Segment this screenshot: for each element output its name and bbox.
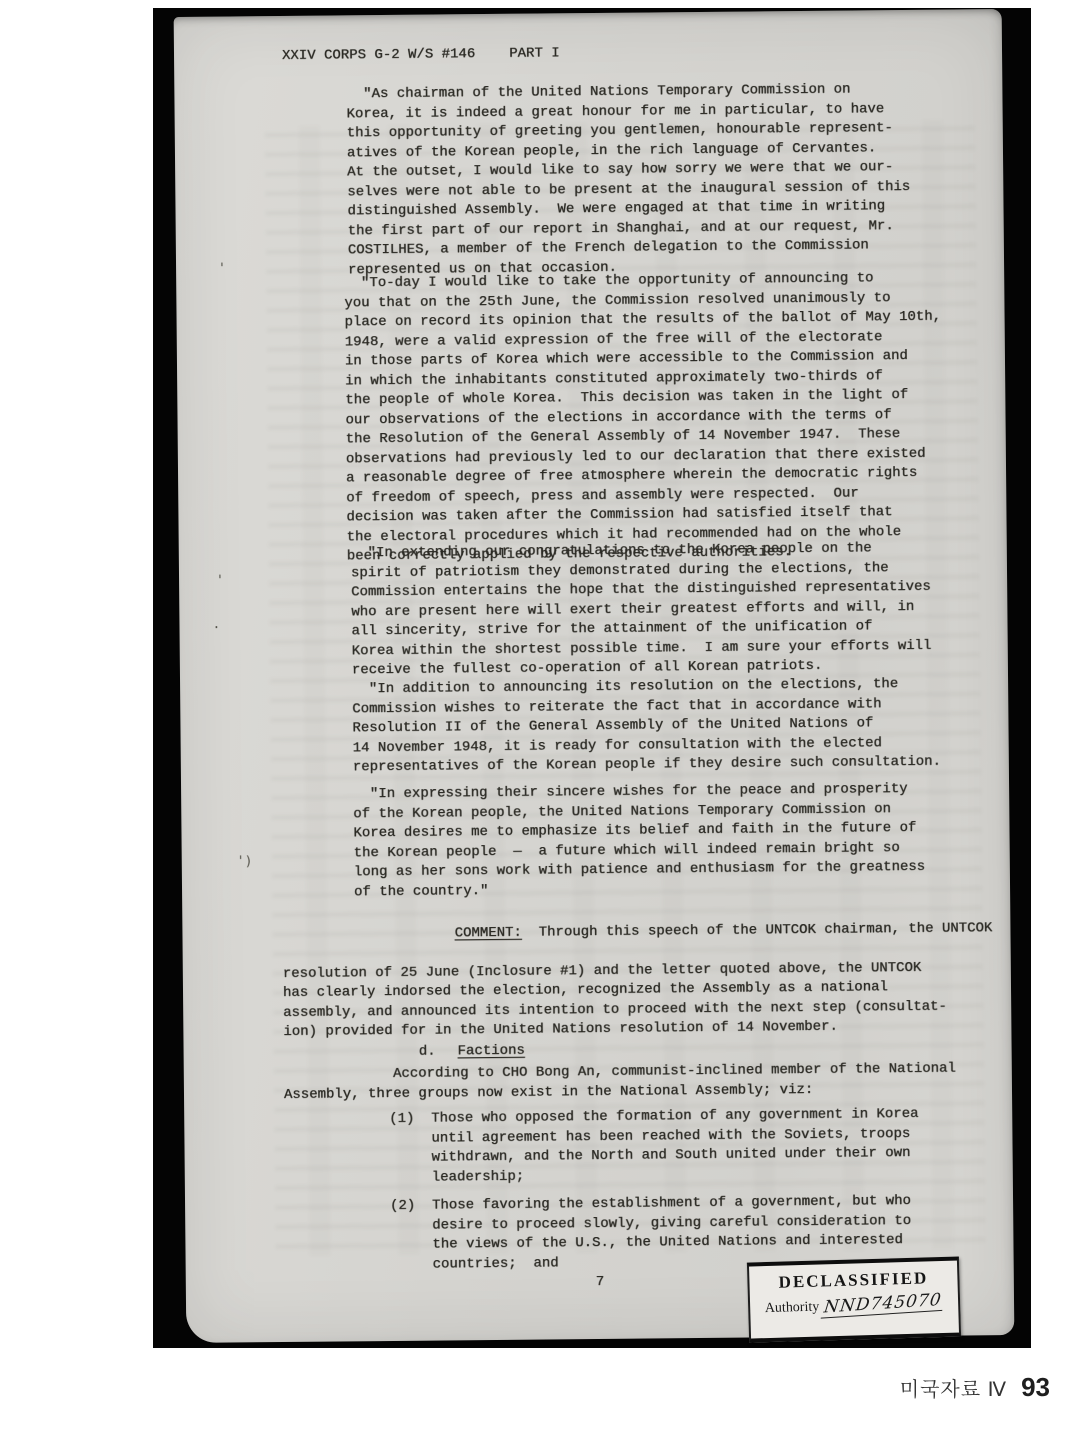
header-part: PART I xyxy=(509,44,560,64)
page-background: XXIV CORPS G-2 W/S #146 PART I "As chair… xyxy=(0,0,1080,1439)
footer-page-number: 93 xyxy=(1021,1372,1050,1403)
footer-series-label: 미국자료 Ⅳ xyxy=(900,1373,1007,1402)
book-footer: 미국자료 Ⅳ 93 xyxy=(900,1372,1050,1403)
authority-label: Authority xyxy=(765,1300,820,1317)
quoted-paragraph-5: "In expressing their sincere wishes for … xyxy=(353,780,925,902)
section-title: Factions xyxy=(458,1042,525,1059)
declassified-stamp: DECLASSIFIED AuthorityNND745070 xyxy=(747,1256,961,1342)
declassified-stamp-authority: AuthorityNND745070 xyxy=(750,1292,959,1319)
header-left: XXIV CORPS G-2 W/S #146 xyxy=(282,45,475,66)
page-number: 7 xyxy=(596,1273,605,1293)
faction-item-1: (1) Those who opposed the formation of a… xyxy=(389,1105,919,1188)
factions-intro: According to CHO Bong An, communist-incl… xyxy=(284,1060,956,1105)
section-letter: d. xyxy=(419,1043,436,1059)
margin-mark: · xyxy=(212,621,220,636)
document-header: XXIV CORPS G-2 W/S #146 PART I xyxy=(282,44,560,66)
authority-number-handwritten: NND745070 xyxy=(821,1290,945,1319)
declassified-stamp-title: DECLASSIFIED xyxy=(749,1268,957,1294)
margin-mark: ' xyxy=(216,574,224,589)
comment-first-line: Through this speech of the UNTCOK chairm… xyxy=(522,920,993,941)
quoted-paragraph-3: "In extending our congratulations to the… xyxy=(351,539,932,681)
comment-label: COMMENT: xyxy=(455,924,522,941)
quoted-paragraph-4: "In addition to announcing its resolutio… xyxy=(352,675,941,778)
margin-mark: ') xyxy=(237,854,253,869)
quoted-paragraph-1: "As chairman of the United Nations Tempo… xyxy=(346,80,911,280)
quoted-paragraph-2: "To-day I would like to take the opportu… xyxy=(344,269,943,567)
document-page: XXIV CORPS G-2 W/S #146 PART I "As chair… xyxy=(174,9,1015,1343)
scan-black-background: XXIV CORPS G-2 W/S #146 PART I "As chair… xyxy=(153,8,1031,1348)
margin-mark: ' xyxy=(218,262,226,277)
